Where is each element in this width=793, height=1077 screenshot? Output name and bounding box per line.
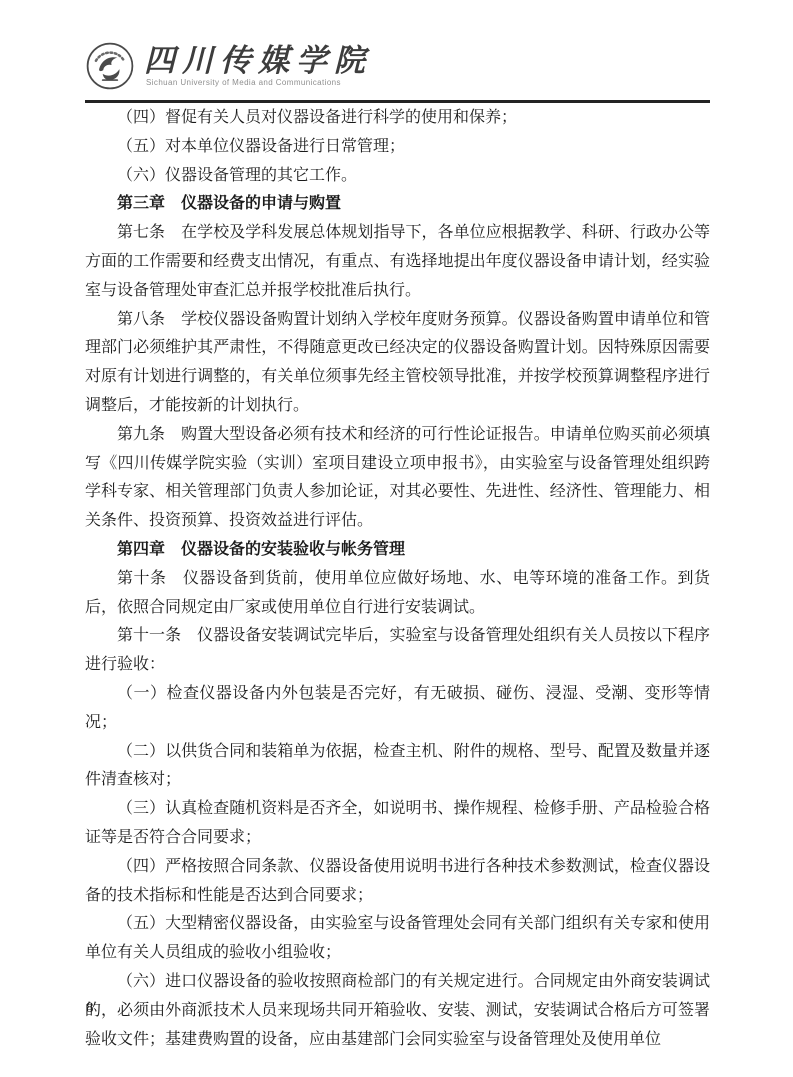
university-title-block: 四川传媒学院 Sichuan University of Media and C… [144,44,372,88]
university-name-chinese: 四川传媒学院 [144,44,372,78]
paragraph: 第十一条 仪器设备安装调试完毕后，实验室与设备管理处组织有关人员按以下程序进行验… [85,622,710,680]
page-header: 四川传媒学院 Sichuan University of Media and C… [85,38,710,103]
paragraph: 第八条 学校仪器设备购置计划纳入学校年度财务预算。仪器设备购置申请单位和管理部门… [85,306,710,421]
paragraph: （五）大型精密仪器设备，由实验室与设备管理处会同有关部门组织有关专家和使用单位有… [85,910,710,968]
chapter-heading: 第三章 仪器设备的申请与购置 [85,190,710,219]
paragraph: 第九条 购置大型设备必须有技术和经济的可行性论证报告。申请单位购买前必须填写《四… [85,421,710,536]
paragraph: （三）认真检查随机资料是否齐全，如说明书、操作规程、检修手册、产品检验合格证等是… [85,795,710,853]
paragraph: （六）进口仪器设备的验收按照商检部门的有关规定进行。合同规定由外商安装调试的，必… [85,968,710,1054]
chapter-heading: 第四章 仪器设备的安装验收与帐务管理 [85,536,710,565]
paragraph: （二）以供货合同和装箱单为依据，检查主机、附件的规格、型号、配置及数量并逐件清查… [85,738,710,796]
university-seal-icon [85,41,135,91]
document-page: 四川传媒学院 Sichuan University of Media and C… [0,0,793,1077]
document-body: （四）督促有关人员对仪器设备进行科学的使用和保养；（五）对本单位仪器设备进行日常… [85,104,710,1054]
paragraph: （一）检查仪器设备内外包装是否完好，有无破损、碰伤、浸湿、受潮、变形等情况； [85,680,710,738]
header-divider [85,100,710,103]
paragraph: 第十条 仪器设备到货前，使用单位应做好场地、水、电等环境的准备工作。到货后，依照… [85,565,710,623]
university-logo: 四川传媒学院 Sichuan University of Media and C… [85,38,710,94]
paragraph: 第七条 在学校及学科发展总体规划指导下，各单位应根据教学、科研、行政办公等方面的… [85,219,710,305]
paragraph: （五）对本单位仪器设备进行日常管理； [85,133,710,162]
paragraph: （六）仪器设备管理的其它工作。 [85,162,710,191]
paragraph: （四）严格按照合同条款、仪器设备使用说明书进行各种技术参数测试，检查仪器设备的技… [85,853,710,911]
university-name-english: Sichuan University of Media and Communic… [146,78,372,88]
paragraph: （四）督促有关人员对仪器设备进行科学的使用和保养； [85,104,710,133]
page-number: 8 [86,1000,94,1017]
